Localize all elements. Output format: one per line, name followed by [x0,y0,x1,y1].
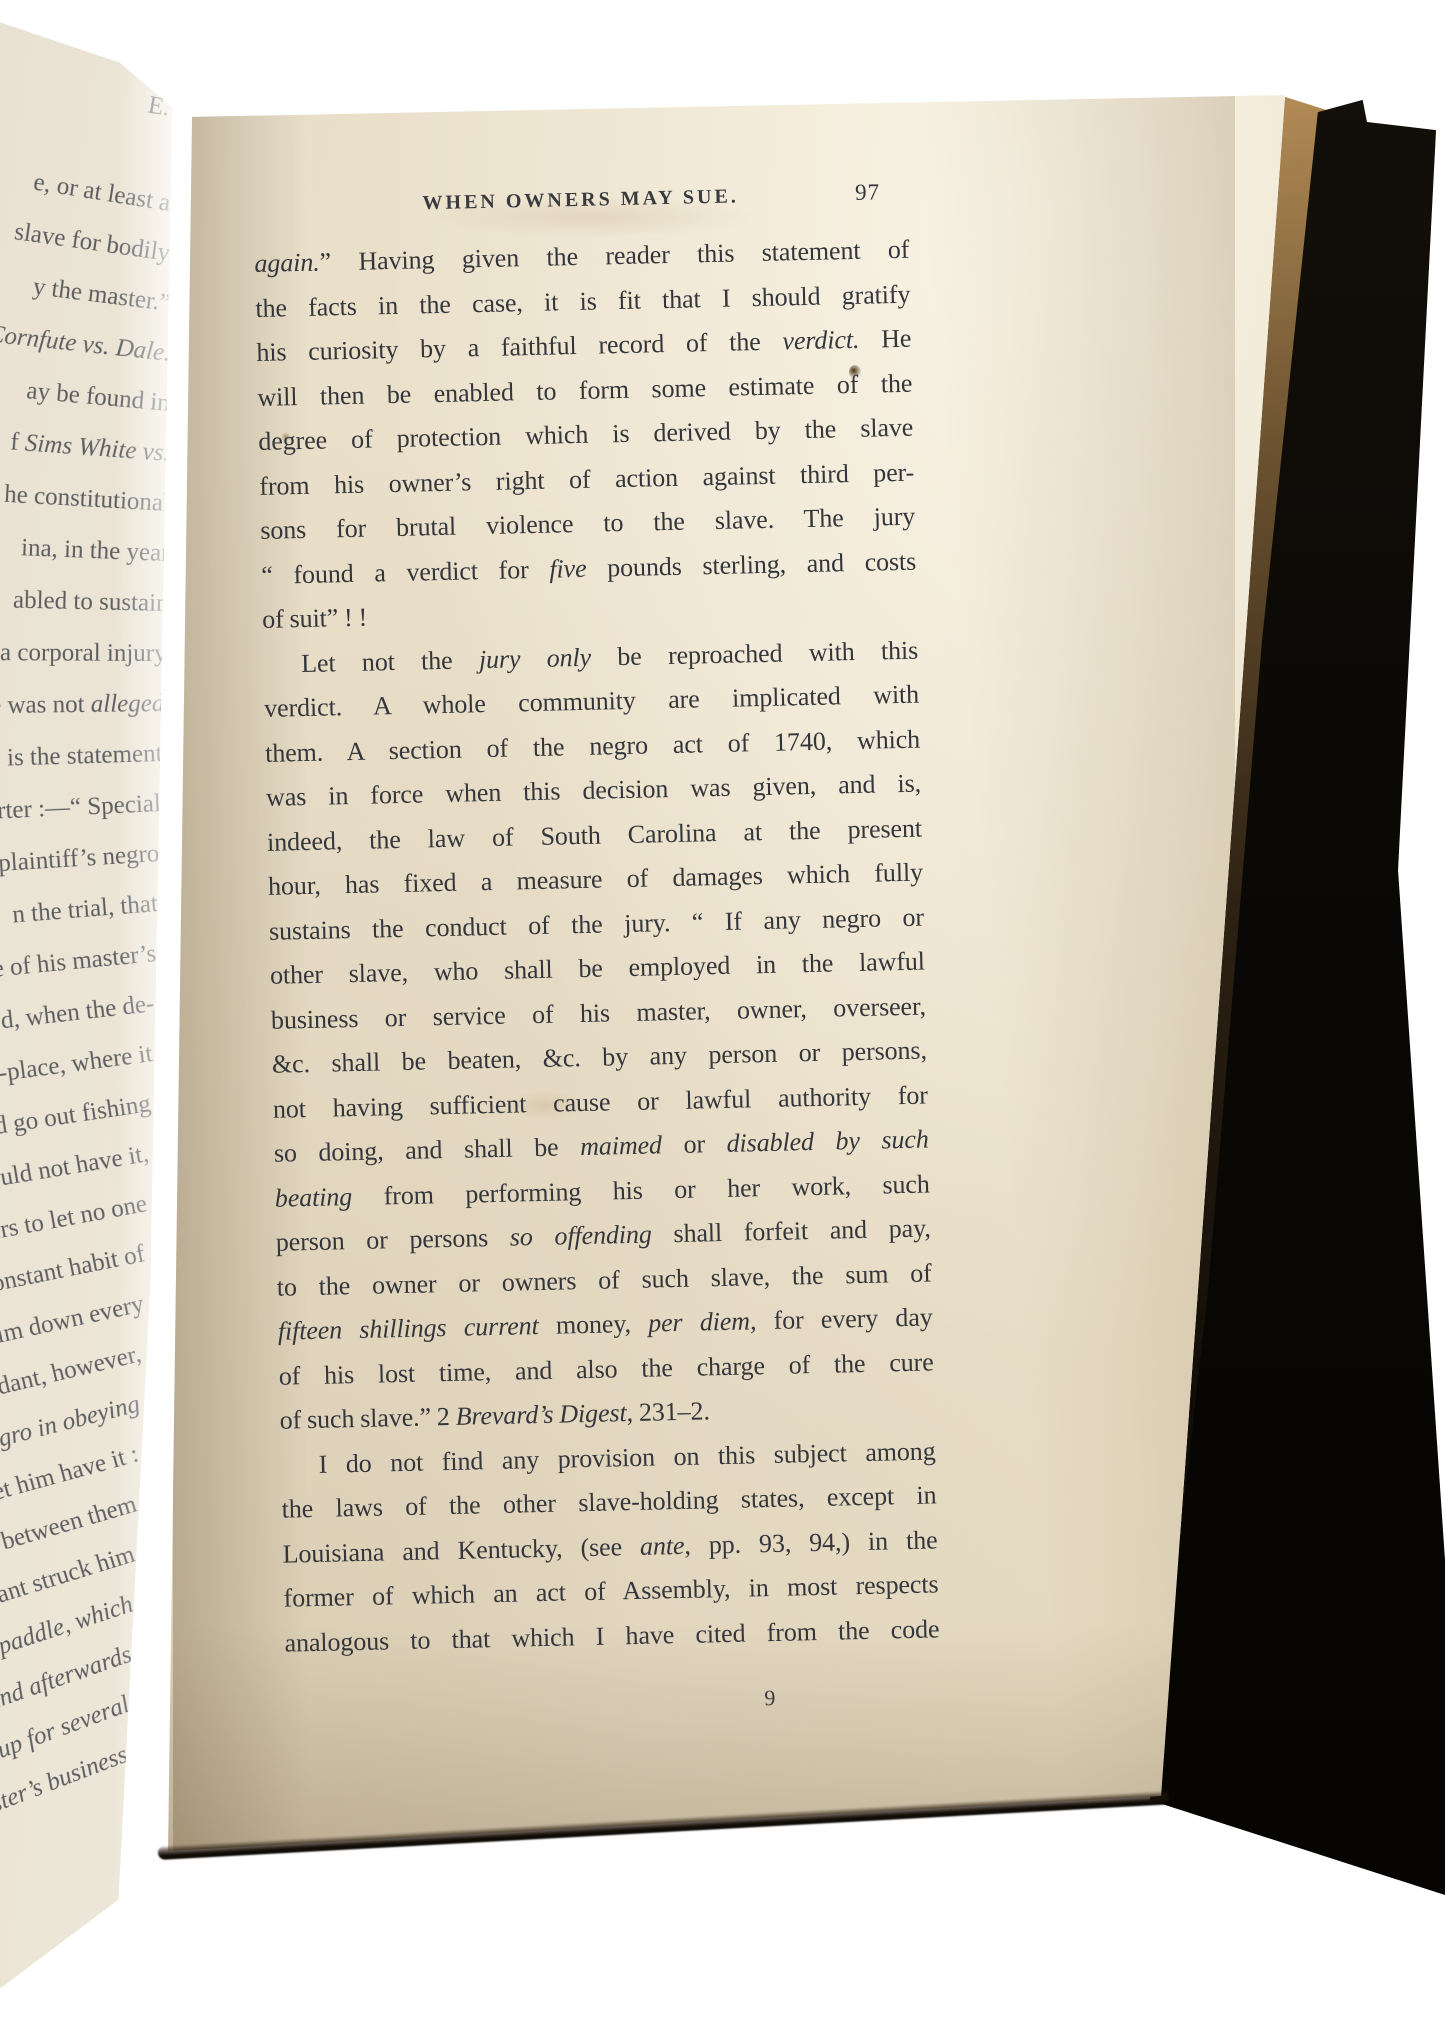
signature-mark: 9 [740,1684,801,1711]
page-header: WHEN OWNERS MAY SUE. 97 [253,182,908,226]
book-photo: E.e, or at least aslave for bodilyy the … [0,0,1445,2023]
running-title: WHEN OWNERS MAY SUE. [253,182,908,219]
body-text: again.” Having given the reader this sta… [254,228,940,1666]
paragraph: again.” Having given the reader this sta… [254,228,918,643]
paragraph: I do not find any provision on this subj… [280,1429,940,1666]
page-number: 97 [855,179,881,206]
paragraph: Let not the jury only be reproached with… [263,628,935,1443]
printed-text-block: WHEN OWNERS MAY SUE. 97 again.” Having g… [253,182,940,1666]
